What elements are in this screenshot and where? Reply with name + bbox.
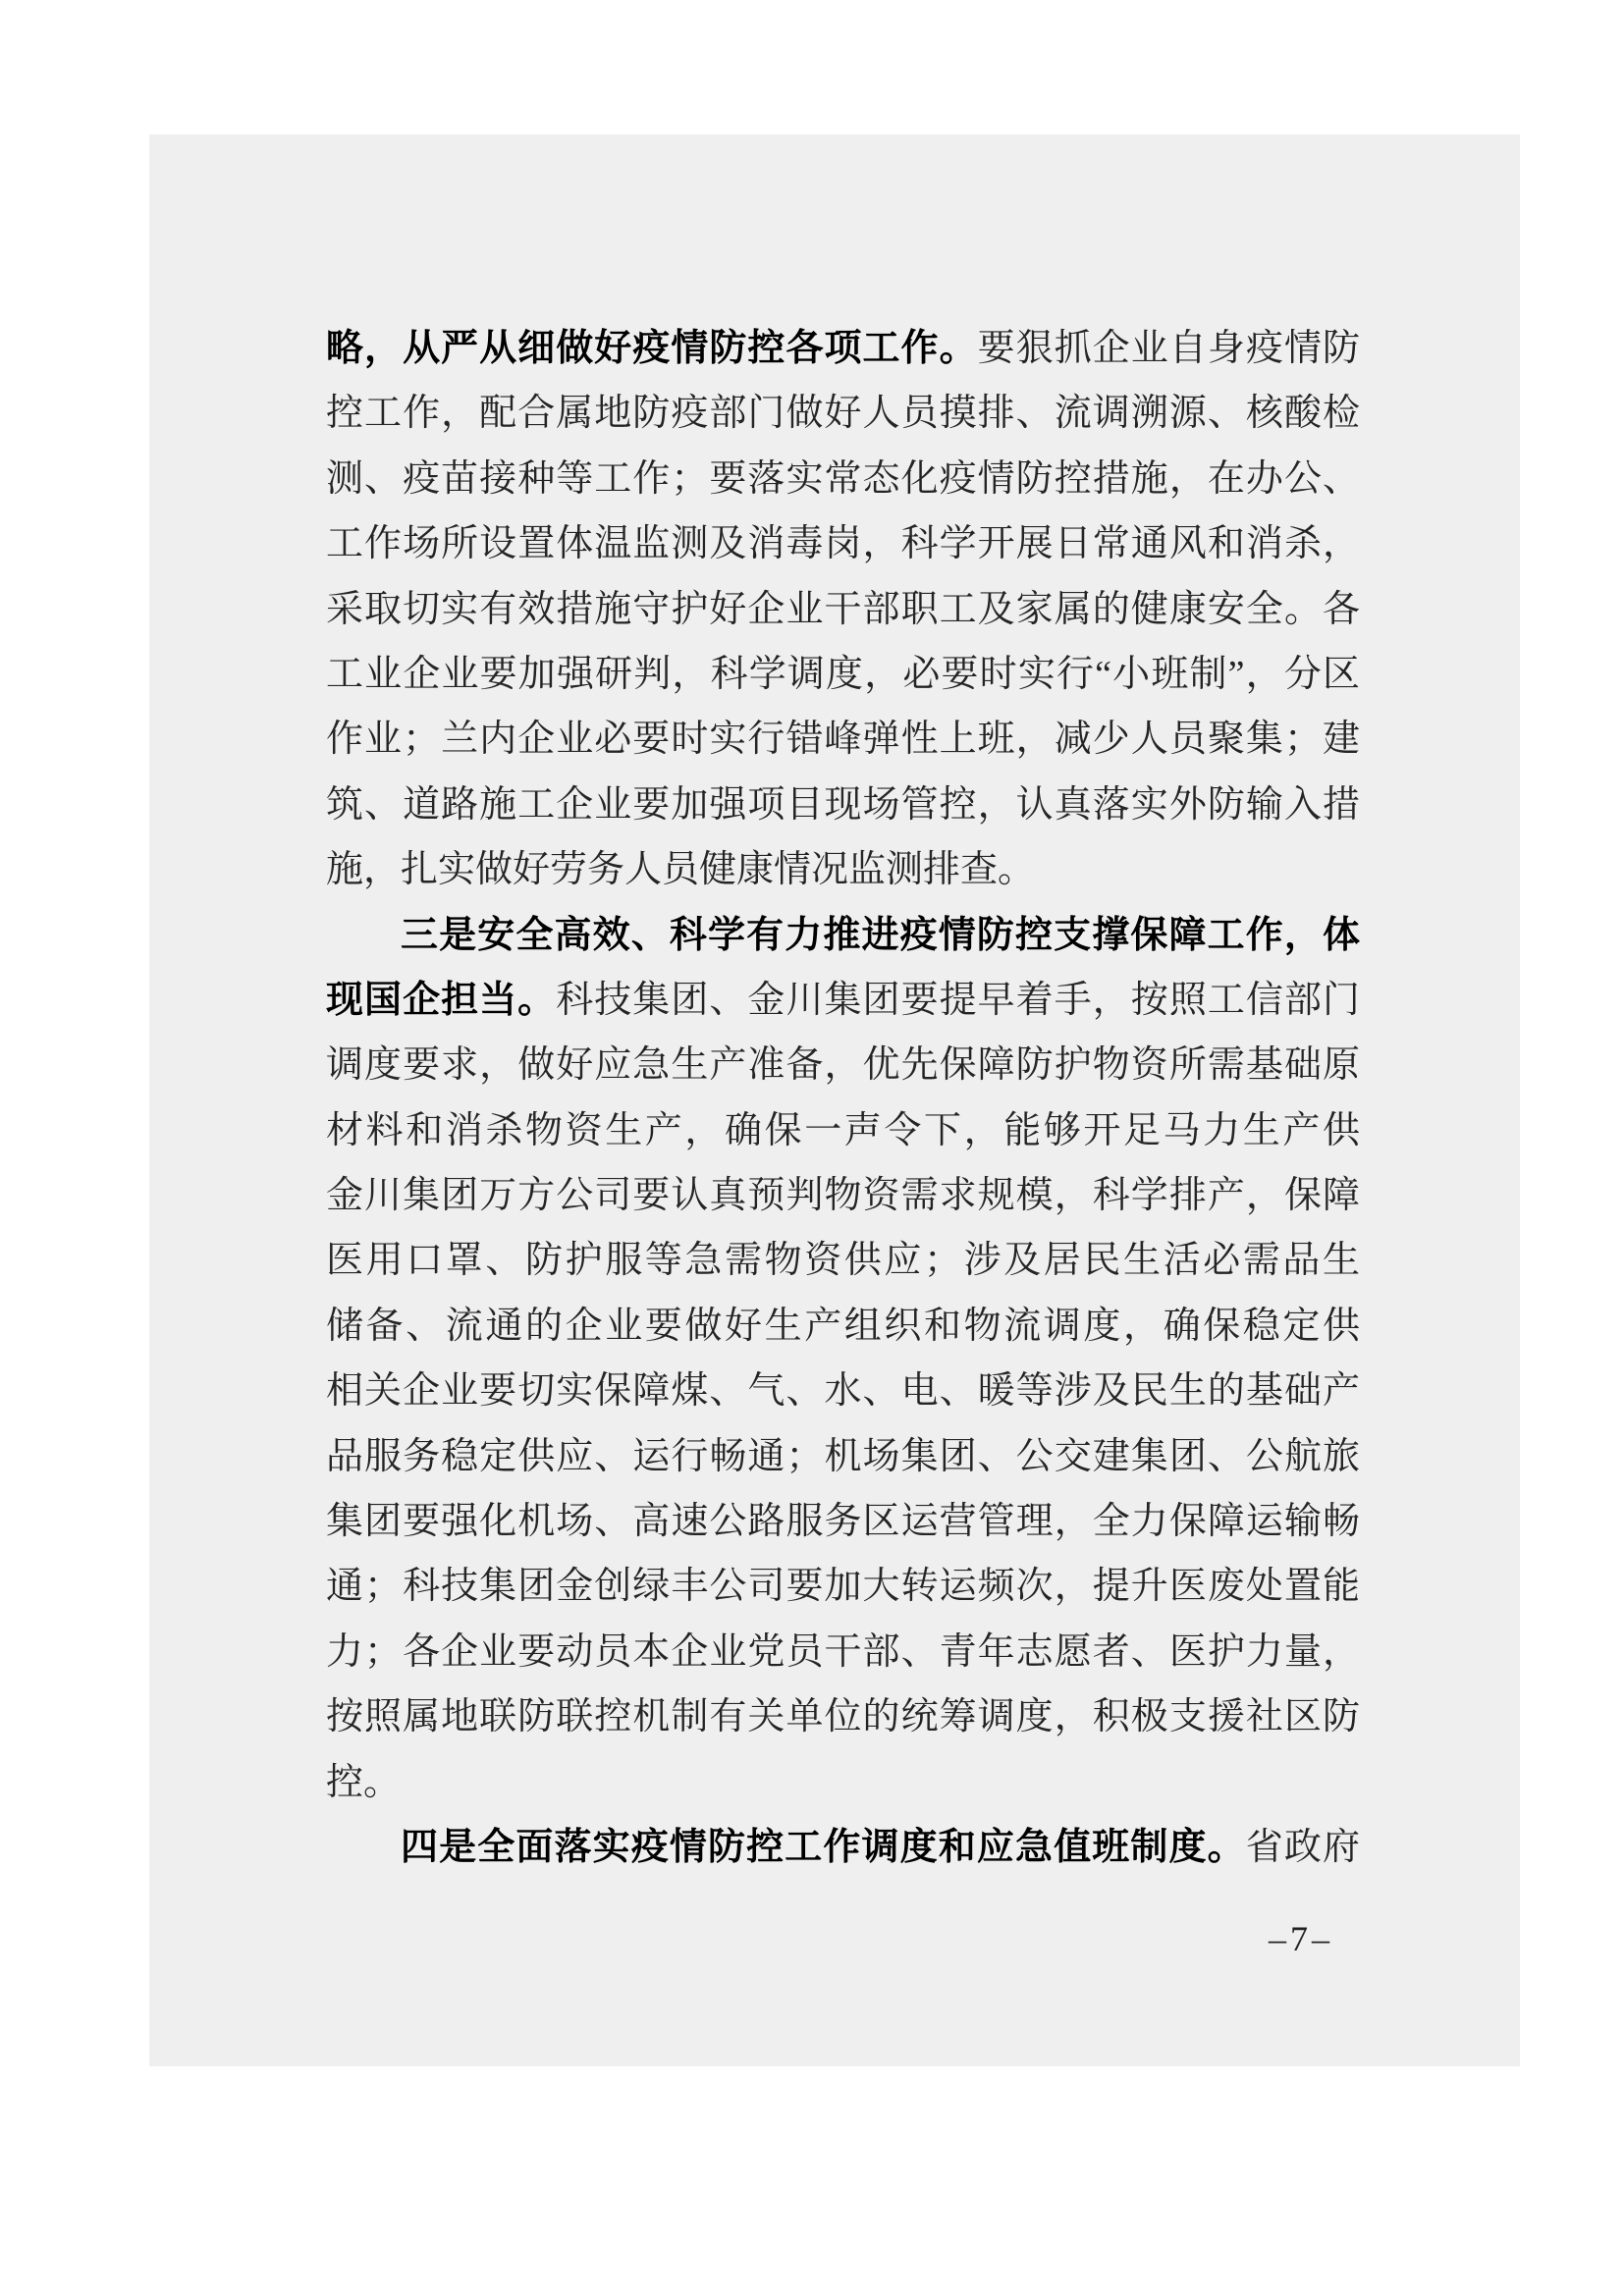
bold-text-segment: 略，从严从细做好疫情防控各项工作。 — [326, 328, 978, 369]
text-line: 采取切实有效措施守护好企业干部职工及家属的健康安全。各 — [326, 577, 1360, 642]
text-segment: 集团要强化机场、高速公路服务区运营管理，全力保障运输畅 — [326, 1501, 1360, 1542]
text-line: 略，从严从细做好疫情防控各项工作。要狠抓企业自身疫情防 — [326, 316, 1360, 381]
text-line: 相关企业要切实保障煤、气、水、电、暖等涉及民生的基础产 — [326, 1359, 1360, 1423]
text-segment: 品服务稳定供应、运行畅通；机场集团、公交建集团、公航旅 — [326, 1436, 1360, 1477]
page-number: –7– — [1269, 1919, 1333, 1958]
text-line: 三是安全高效、科学有力推进疫情防控支撑保障工作，体 — [326, 903, 1360, 968]
text-segment: 通；科技集团金创绿丰公司要加大转运频次，提升医废处置能 — [326, 1566, 1360, 1607]
text-segment: 筑、道路施工企业要加强项目现场管控，认真落实外防输入措 — [326, 784, 1360, 826]
text-segment: 控工作，配合属地防疫部门做好人员摸排、流调溯源、核酸检 — [326, 393, 1360, 434]
text-segment: 科技集团、金川集团要提早着手，按照工信部门 — [556, 980, 1360, 1021]
text-line: 通；科技集团金创绿丰公司要加大转运频次，提升医废处置能 — [326, 1554, 1360, 1619]
text-segment: 医用口罩、防护服等急需物资供应；涉及居民生活必需品生产、 — [326, 1240, 1360, 1293]
text-line: 四是全面落实疫情防控工作调度和应急值班制度。省政府 — [326, 1815, 1360, 1880]
text-segment: 控。 — [326, 1762, 401, 1803]
text-segment: 省政府 — [1246, 1827, 1360, 1868]
text-line: 材料和消杀物资生产，确保一声令下，能够开足马力生产供应； — [326, 1098, 1360, 1163]
text-segment: 按照属地联防联控机制有关单位的统筹调度，积极支援社区防 — [326, 1696, 1360, 1737]
text-line: 作业；兰内企业必要时实行错峰弹性上班，减少人员聚集；建 — [326, 707, 1360, 772]
text-line: 现国企担当。科技集团、金川集团要提早着手，按照工信部门 — [326, 968, 1360, 1033]
text-segment: 要狠抓企业自身疫情防 — [978, 328, 1360, 369]
text-segment: 工业企业要加强研判，科学调度，必要时实行“小班制”，分区 — [326, 654, 1360, 695]
document-body: 略，从严从细做好疫情防控各项工作。要狠抓企业自身疫情防控工作，配合属地防疫部门做… — [326, 316, 1360, 1880]
text-line: 控工作，配合属地防疫部门做好人员摸排、流调溯源、核酸检 — [326, 381, 1360, 446]
bold-text-segment: 现国企担当。 — [326, 980, 556, 1021]
text-segment: 储备、流通的企业要做好生产组织和物流调度，确保稳定供应； — [326, 1306, 1360, 1359]
text-line: 品服务稳定供应、运行畅通；机场集团、公交建集团、公航旅 — [326, 1424, 1360, 1489]
text-line: 测、疫苗接种等工作；要落实常态化疫情防控措施，在办公、 — [326, 447, 1360, 511]
bold-text-segment: 三是安全高效、科学有力推进疫情防控支撑保障工作，体 — [401, 915, 1360, 956]
text-segment: 作业；兰内企业必要时实行错峰弹性上班，减少人员聚集；建 — [326, 719, 1360, 760]
document-page: 略，从严从细做好疫情防控各项工作。要狠抓企业自身疫情防控工作，配合属地防疫部门做… — [149, 134, 1520, 2066]
text-segment: 工作场所设置体温监测及消毒岗，科学开展日常通风和消杀， — [326, 523, 1360, 564]
bold-text-segment: 四是全面落实疫情防控工作调度和应急值班制度。 — [401, 1827, 1246, 1868]
text-line: 力；各企业要动员本企业党员干部、青年志愿者、医护力量， — [326, 1620, 1360, 1684]
text-line: 集团要强化机场、高速公路服务区运营管理，全力保障运输畅 — [326, 1489, 1360, 1554]
text-line: 控。 — [326, 1750, 1360, 1815]
screenshot-canvas: 略，从严从细做好疫情防控各项工作。要狠抓企业自身疫情防控工作，配合属地防疫部门做… — [0, 0, 1624, 2296]
text-segment: 施，扎实做好劳务人员健康情况监测排查。 — [326, 849, 1035, 890]
text-line: 筑、道路施工企业要加强项目现场管控，认真落实外防输入措 — [326, 773, 1360, 837]
text-segment: 材料和消杀物资生产，确保一声令下，能够开足马力生产供应； — [326, 1110, 1360, 1163]
text-line: 储备、流通的企业要做好生产组织和物流调度，确保稳定供应； — [326, 1294, 1360, 1359]
text-segment: 相关企业要切实保障煤、气、水、电、暖等涉及民生的基础产 — [326, 1370, 1360, 1412]
text-line: 施，扎实做好劳务人员健康情况监测排查。 — [326, 837, 1360, 902]
text-segment: 调度要求，做好应急生产准备，优先保障防护物资所需基础原 — [326, 1044, 1360, 1086]
text-segment: 采取切实有效措施守护好企业干部职工及家属的健康安全。各 — [326, 589, 1360, 630]
text-segment: 力；各企业要动员本企业党员干部、青年志愿者、医护力量， — [326, 1631, 1360, 1673]
text-line: 医用口罩、防护服等急需物资供应；涉及居民生活必需品生产、 — [326, 1228, 1360, 1293]
text-line: 调度要求，做好应急生产准备，优先保障防护物资所需基础原 — [326, 1033, 1360, 1097]
text-segment: 测、疫苗接种等工作；要落实常态化疫情防控措施，在办公、 — [326, 458, 1360, 500]
text-line: 工作场所设置体温监测及消毒岗，科学开展日常通风和消杀， — [326, 511, 1360, 576]
text-line: 按照属地联防联控机制有关单位的统筹调度，积极支援社区防 — [326, 1684, 1360, 1749]
text-segment: 金川集团万方公司要认真预判物资需求规模，科学排产，保障 — [326, 1175, 1360, 1216]
text-line: 金川集团万方公司要认真预判物资需求规模，科学排产，保障 — [326, 1163, 1360, 1228]
text-line: 工业企业要加强研判，科学调度，必要时实行“小班制”，分区 — [326, 642, 1360, 707]
